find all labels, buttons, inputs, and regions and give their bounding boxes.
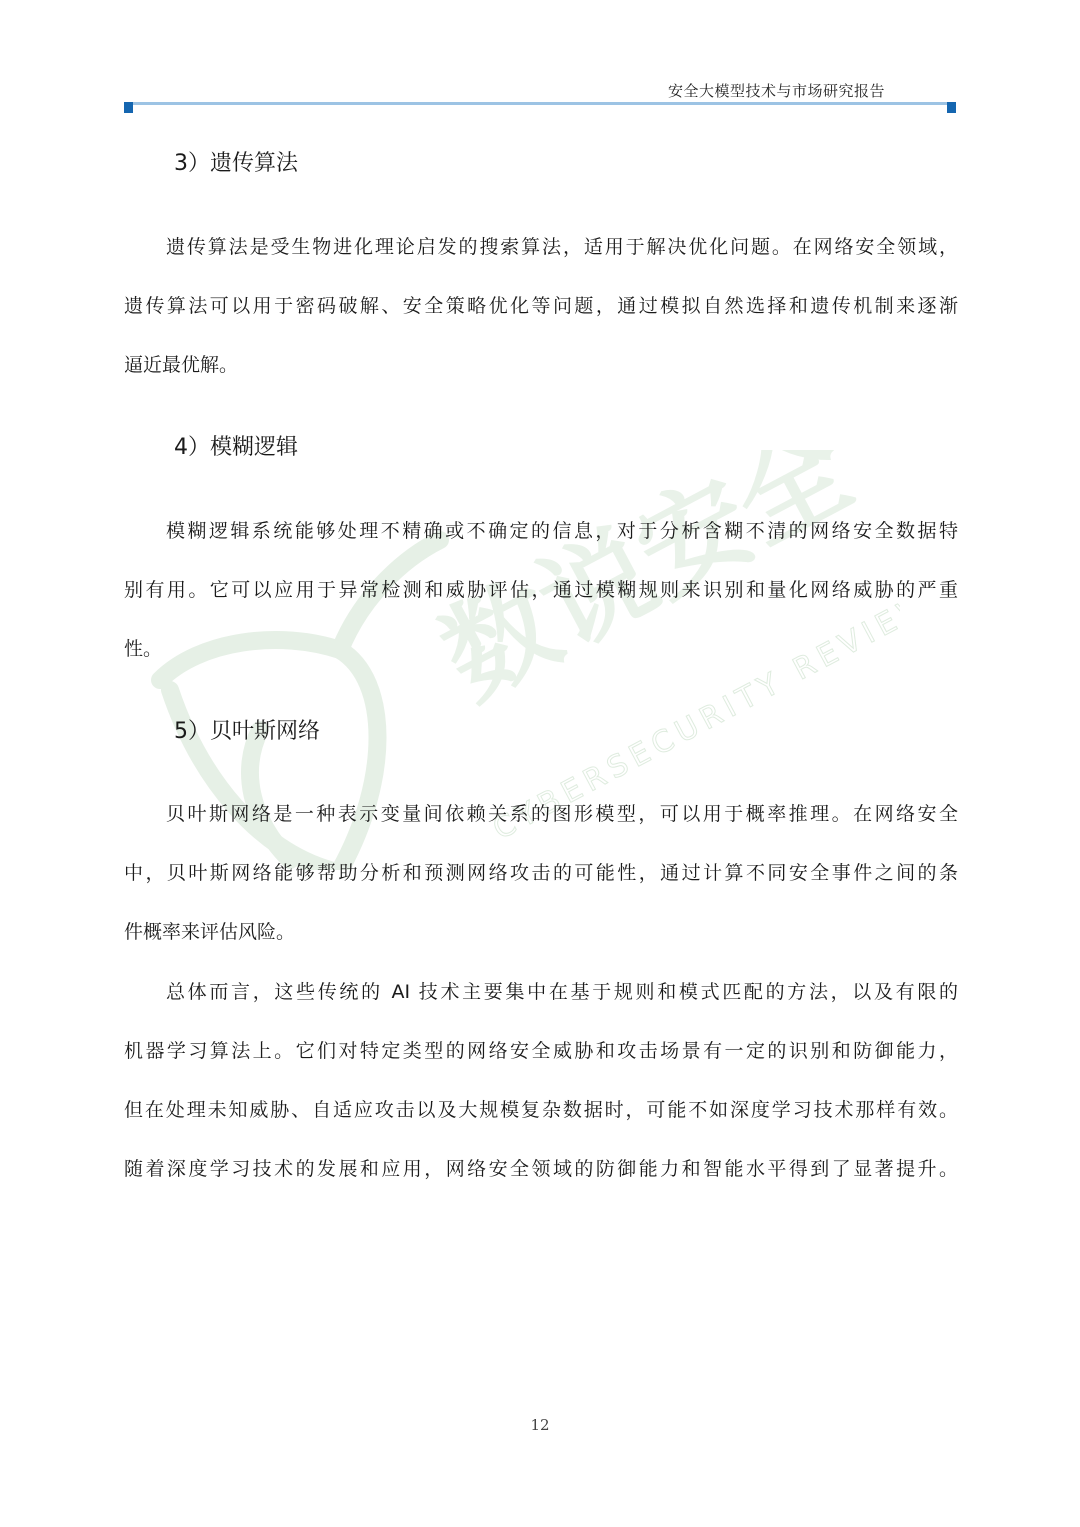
paragraph-line: 模糊逻辑系统能够处理不精确或不确定的信息，对于分析含糊不清的网络安全数据特 [166, 516, 958, 543]
header-divider [124, 102, 956, 105]
paragraph-line: 遗传算法可以用于密码破解、安全策略优化等问题，通过模拟自然选择和遗传机制来逐渐 [124, 291, 958, 318]
paragraph-line: 性。 [124, 634, 958, 661]
report-title: 安全大模型技术与市场研究报告 [668, 80, 885, 101]
summary-line: 随着深度学习技术的发展和应用，网络安全领域的防御能力和智能水平得到了显著提升。 [124, 1154, 958, 1181]
section-heading-genetic-algorithm: 3）遗传算法 [174, 146, 298, 177]
paragraph-line: 别有用。它可以应用于异常检测和威胁评估，通过模糊规则来识别和量化网络威胁的严重 [124, 575, 958, 602]
header-divider-cap-left [124, 102, 133, 113]
section-heading-fuzzy-logic: 4）模糊逻辑 [174, 430, 298, 461]
paragraph-line: 逼近最优解。 [124, 350, 958, 377]
paragraph-line: 遗传算法是受生物进化理论启发的搜索算法，适用于解决优化问题。在网络安全领域， [166, 232, 958, 259]
summary-line: 机器学习算法上。它们对特定类型的网络安全威胁和攻击场景有一定的识别和防御能力， [124, 1036, 958, 1063]
paragraph-line: 贝叶斯网络是一种表示变量间依赖关系的图形模型，可以用于概率推理。在网络安全 [166, 799, 958, 826]
summary-line: 总体而言，这些传统的 AI 技术主要集中在基于规则和模式匹配的方法，以及有限的 [166, 977, 958, 1004]
paragraph-line: 中，贝叶斯网络能够帮助分析和预测网络攻击的可能性，通过计算不同安全事件之间的条 [124, 858, 958, 885]
header-divider-cap-right [947, 102, 956, 113]
page-number: 12 [0, 1416, 1080, 1434]
section-heading-bayesian-network: 5）贝叶斯网络 [174, 714, 320, 745]
paragraph-line: 件概率来评估风险。 [124, 917, 958, 944]
summary-line: 但在处理未知威胁、自适应攻击以及大规模复杂数据时，可能不如深度学习技术那样有效。 [124, 1095, 958, 1122]
